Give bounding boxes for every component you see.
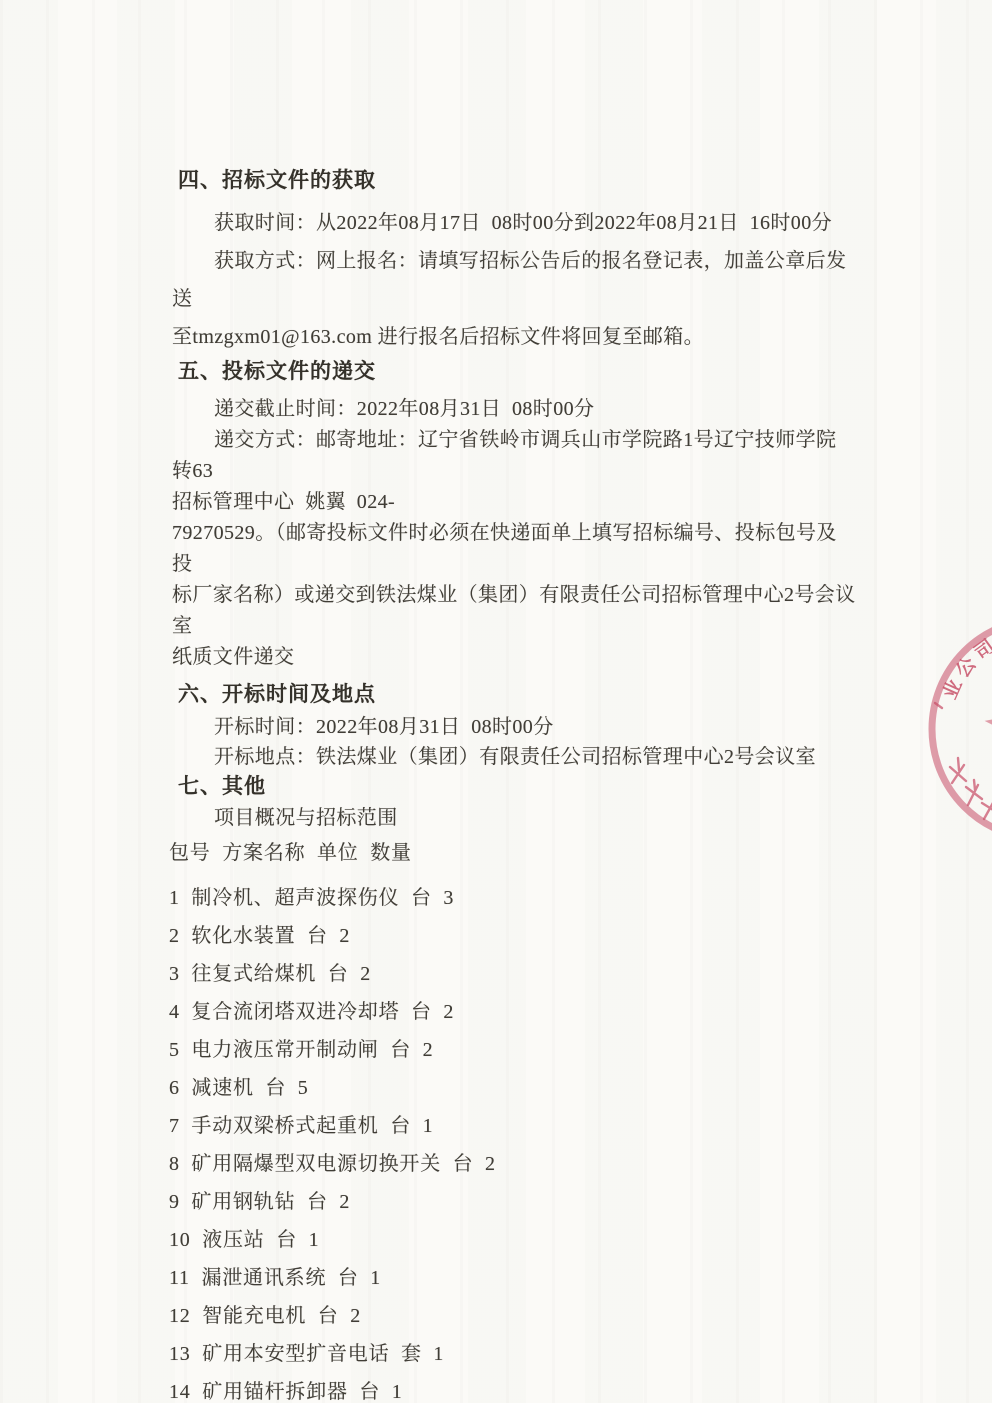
schedule-item-row: 3 往复式给煤机 台 2 (169, 955, 856, 993)
section: 七、其他项目概况与招标范围 (172, 773, 856, 833)
schedule-items: 1 制冷机、超声波探伤仪 台 32 软化水装置 台 23 往复式给煤机 台 24… (169, 879, 856, 1403)
package-schedule: 包号 方案名称 单位 数量 1 制冷机、超声波探伤仪 台 32 软化水装置 台 … (169, 840, 856, 1403)
schedule-item-row: 4 复合流闭塔双进冷却塔 台 2 (169, 993, 856, 1031)
text-line: 递交方式：邮寄地址：辽宁省铁岭市调兵山市学院路1号辽宁技师学院转63 (172, 425, 856, 487)
text-line: 至tmzgxm01@163.com 进行报名后招标文件将回复至邮箱。 (172, 318, 856, 356)
text-line: 标厂家名称）或递交到铁法煤业（集团）有限责任公司招标管理中心2号会议室 (172, 580, 856, 642)
schedule-item-row: 5 电力液压常开制动闸 台 2 (169, 1031, 856, 1069)
text-line: 开标时间：2022年08月31日 08时00分 (172, 712, 856, 742)
schedule-item-row: 6 减速机 台 5 (169, 1069, 856, 1107)
section-heading: 七、其他 (178, 773, 856, 799)
section: 六、开标时间及地点开标时间：2022年08月31日 08时00分开标地点：铁法煤… (172, 681, 856, 772)
section: 四、招标文件的获取获取时间：从2022年08月17日 08时00分到2022年0… (172, 167, 856, 356)
schedule-item-row: 8 矿用隔爆型双电源切换开关 台 2 (169, 1145, 856, 1183)
section-heading: 六、开标时间及地点 (178, 681, 856, 707)
scanned-document-page: 四、招标文件的获取获取时间：从2022年08月17日 08时00分到2022年0… (0, 0, 992, 1403)
schedule-item-row: 11 漏泄通讯系统 台 1 (169, 1259, 856, 1297)
sections: 四、招标文件的获取获取时间：从2022年08月17日 08时00分到2022年0… (172, 167, 856, 833)
schedule-item-row: 12 智能充电机 台 2 (169, 1297, 856, 1335)
text-line: 招标管理中心 姚翼 024- (172, 487, 856, 518)
document-content: 四、招标文件的获取获取时间：从2022年08月17日 08时00分到2022年0… (172, 167, 856, 1403)
schedule-item-row: 13 矿用本安型扩音电话 套 1 (169, 1335, 856, 1373)
text-line: 项目概况与招标范围 (172, 803, 856, 833)
text-line: 开标地点：铁法煤业（集团）有限责任公司招标管理中心2号会议室 (172, 742, 856, 772)
text-line: 递交截止时间：2022年08月31日 08时00分 (172, 394, 856, 425)
official-seal-stamp: 业 公 司 (922, 609, 992, 849)
schedule-item-row: 9 矿用钢轨钻 台 2 (169, 1183, 856, 1221)
text-line: 获取方式：网上报名：请填写招标公告后的报名登记表，加盖公章后发送 (172, 242, 856, 318)
text-line: 纸质文件递交 (172, 642, 856, 673)
seal-star-icon (985, 672, 992, 781)
section: 五、投标文件的递交递交截止时间：2022年08月31日 08时00分递交方式：邮… (172, 358, 856, 673)
text-line: 79270529。（邮寄投标文件时必须在快递面单上填写招标编号、投标包号及投 (172, 518, 856, 580)
schedule-header-row: 包号 方案名称 单位 数量 (169, 840, 856, 866)
schedule-item-row: 2 软化水装置 台 2 (169, 917, 856, 955)
schedule-item-row: 14 矿用锚杆拆卸器 台 1 (169, 1373, 856, 1403)
schedule-item-row: 10 液压站 台 1 (169, 1221, 856, 1259)
section-heading: 四、招标文件的获取 (178, 167, 856, 193)
schedule-item-row: 7 手动双梁桥式起重机 台 1 (169, 1107, 856, 1145)
schedule-item-row: 1 制冷机、超声波探伤仪 台 3 (169, 879, 856, 917)
section-heading: 五、投标文件的递交 (178, 358, 856, 384)
text-line: 获取时间：从2022年08月17日 08时00分到2022年08月21日 16时… (172, 204, 856, 242)
